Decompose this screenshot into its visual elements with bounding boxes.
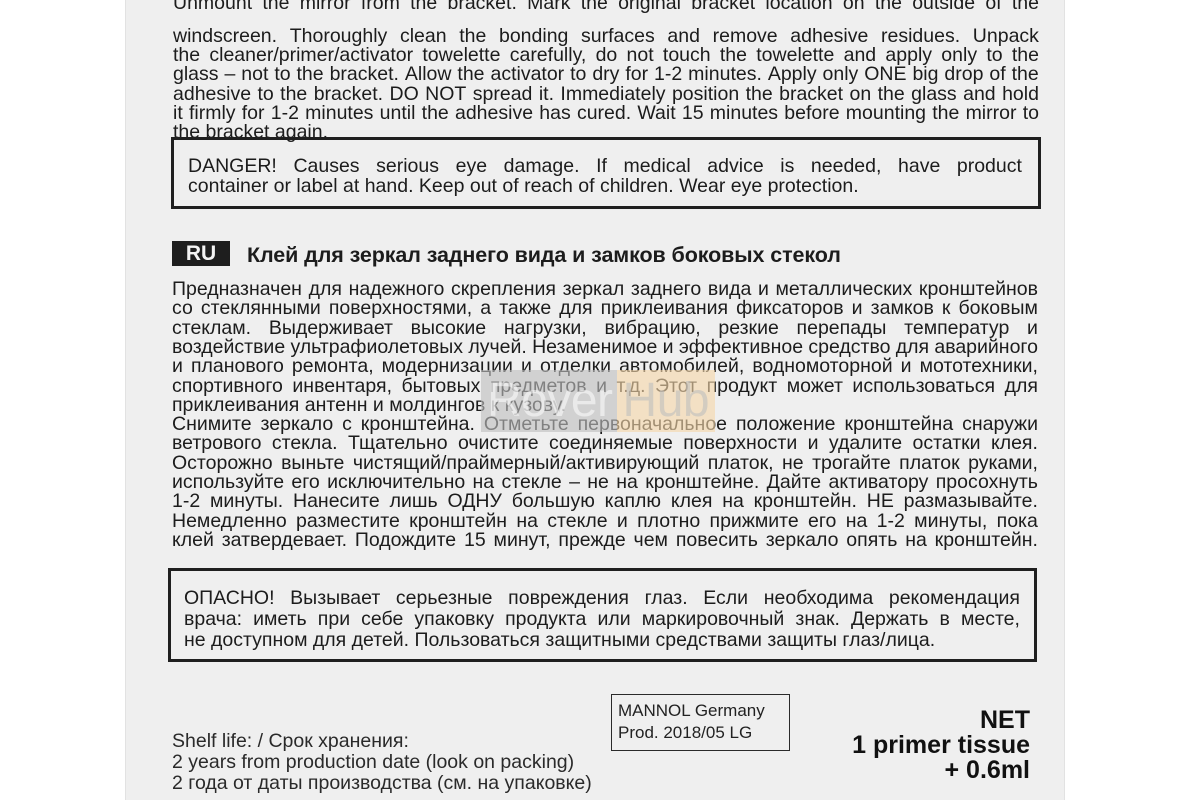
text-line: container or label at hand. Keep out of … <box>188 176 1022 196</box>
net-line-2: + 0.6ml <box>852 758 1030 783</box>
net-line-1: 1 primer tissue <box>852 733 1030 758</box>
watermark: Rover Hub <box>481 370 715 432</box>
shelf-life-title: Shelf life: / Срок хранения: <box>172 731 592 752</box>
text-line: DANGER!Causesseriouseyedamage.Ifmedicala… <box>188 156 1022 176</box>
shelf-life-ru: 2 года от даты производства (см. на упак… <box>172 773 592 794</box>
text-line: ОПАСНО!Вызываетсерьезныеповрежденияглаз.… <box>184 588 1020 608</box>
text-line: thecleaner/primer/activatortowelettecare… <box>173 45 1039 65</box>
language-badge-ru: RU <box>172 241 230 266</box>
text-line: стеклам.Выдерживаетвысокиенагрузки,вибра… <box>172 318 1038 338</box>
text-line: 1-2минуты.НанесителишьОДНУбольшуюкаплюкл… <box>172 491 1038 511</box>
ru-product-heading: Клей для зеркал заднего вида и замков бо… <box>247 243 841 267</box>
net-contents: NET 1 primer tissue + 0.6ml <box>852 708 1030 783</box>
text-line: состекляннымиповерхностями,атакжедляприк… <box>172 298 1038 318</box>
text-line: windscreen.Thoroughlycleanthebondingsurf… <box>173 26 1039 46</box>
watermark-part-2: Hub <box>617 370 716 432</box>
manufacturer-name: MANNOL Germany <box>618 700 789 722</box>
text-line: adhesivetothebracket.DONOTspreadit.Immed… <box>173 84 1039 104</box>
shelf-life: Shelf life: / Срок хранения: 2 years fro… <box>172 731 592 794</box>
production-date: Prod. 2018/05 LG <box>618 722 789 744</box>
text-line: Предназначендлянадежногоскреплениязеркал… <box>172 279 1038 299</box>
text-line: используйтеегоисключительнонастекле–нена… <box>172 472 1038 492</box>
text-line: itfirmlyfor1-2minutesuntiltheadhesivehas… <box>173 103 1039 123</box>
text-line: не доступном для детей. Пользоваться защ… <box>184 630 1020 650</box>
shelf-life-en: 2 years from production date (look on pa… <box>172 752 592 773</box>
text-line: Осторожновыньтечистящий/праймерный/актив… <box>172 453 1038 473</box>
text-line: Немедленноразместитекронштейннастеклеипл… <box>172 511 1038 531</box>
watermark-part-1: Rover <box>481 370 617 432</box>
manufacturer-stamp: MANNOL Germany Prod. 2018/05 LG <box>611 694 790 751</box>
text-line: воздействиеультрафиолетовыхлучей.Незамен… <box>172 337 1038 357</box>
text-line: клейзатвердевает.Подождите15минут,прежде… <box>172 530 1038 550</box>
text-line: ветровогостекла.Тщательноочиститесоединя… <box>172 433 1038 453</box>
text-line: glass–nottothebracket.Allowtheactivatort… <box>173 64 1039 84</box>
text-line: Unmountthemirrorfromthebracket.Marktheor… <box>173 0 1039 13</box>
net-label: NET <box>852 708 1030 733</box>
text-line: врача:иметьприсебеупаковкупродуктаилимар… <box>184 609 1020 629</box>
